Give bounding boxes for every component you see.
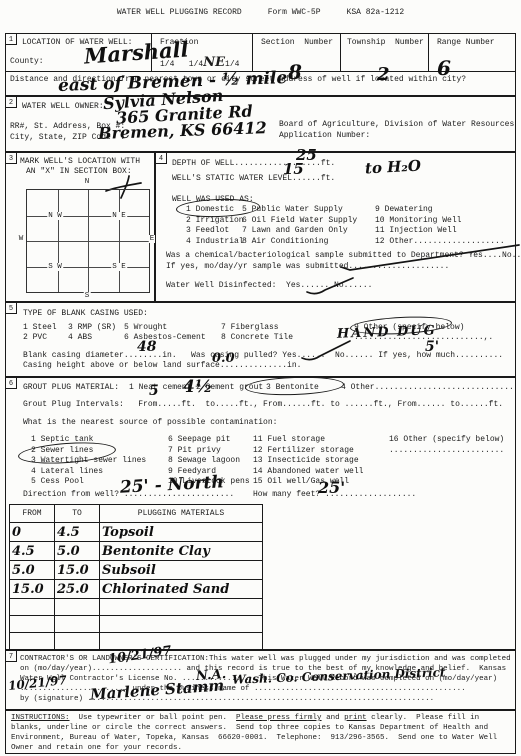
section-5-casing: 5 TYPE OF BLANK CASING USED: 1 Steel 3 R… <box>5 302 516 377</box>
casing-option: 8 Concrete Tile <box>221 333 293 343</box>
interval-from-value: 5 <box>149 384 159 398</box>
to-value: 5.0 <box>57 544 80 559</box>
board-of-agriculture-label: Board of Agriculture, Division of Water … <box>279 120 514 130</box>
fraction-post: 1/4 <box>225 60 239 69</box>
material-value: Subsoil <box>102 563 156 578</box>
well-use-option: 10 Monitoring Well <box>375 216 505 227</box>
to-value: 4.5 <box>57 525 80 540</box>
table-row: 5.0 15.0 Subsoil <box>10 561 263 580</box>
grid-line <box>27 216 149 217</box>
table-row: 4.5 5.0 Bentonite Clay <box>10 542 263 561</box>
well-use-column-3: 9 Dewatering 10 Monitoring Well 11 Injec… <box>375 205 505 247</box>
sample-date-line: If yes, mo/day/yr sample was submitted..… <box>166 262 449 272</box>
owner-label: WATER WELL OWNER: <box>22 102 104 112</box>
grout-option: 4 Other............................. <box>341 383 514 393</box>
compass-north-label: N <box>84 178 91 186</box>
section-2-number: 2 <box>5 96 17 108</box>
instructions-label: INSTRUCTIONS: <box>11 714 70 722</box>
to-header: TO <box>55 505 100 523</box>
section-5-number: 5 <box>5 302 17 314</box>
contamination-option: 4 Lateral lines <box>31 467 146 478</box>
to-value: 15.0 <box>57 563 89 578</box>
table-row <box>10 599 263 616</box>
well-use-column-2: 5 Public Water Supply 6 Oil Field Water … <box>242 205 357 247</box>
form-number: Form WWC-5P <box>268 8 321 18</box>
casing-option: 1 Steel <box>23 323 57 333</box>
well-use-option: 4 Industrial <box>186 237 244 248</box>
instructions-underlined: print <box>344 714 367 722</box>
casing-diameter-value: 48 <box>137 340 156 354</box>
contamination-option: 16 Other (specify below) <box>389 435 504 446</box>
from-value: 0 <box>12 525 21 540</box>
well-use-option: 7 Lawn and Garden Only <box>242 226 357 237</box>
form-title: WATER WELL PLUGGING RECORD <box>117 8 242 18</box>
table-row: 0 4.5 Topsoil <box>10 523 263 542</box>
grid-ne-label: N E <box>111 212 127 220</box>
contamination-option: 14 Abandoned water well <box>253 467 363 478</box>
section-5-title: TYPE OF BLANK CASING USED: <box>23 309 148 319</box>
grid-line <box>27 241 149 242</box>
contamination-option: 11 Fuel storage <box>253 435 363 446</box>
from-value: 4.5 <box>12 544 35 559</box>
section-grid: N W N E S W S E <box>26 189 150 293</box>
well-use-option: 6 Oil Field Water Supply <box>242 216 357 227</box>
casing-option: 2 PVC <box>23 333 47 343</box>
static-water-level-value: 15 <box>283 162 304 177</box>
grid-sw-label: S W <box>47 263 63 271</box>
county-value: Marshall <box>83 38 189 66</box>
township-label: Township Number <box>347 38 424 48</box>
materials-header: PLUGGING MATERIALS <box>100 505 263 523</box>
grid-line <box>27 267 149 268</box>
contamination-question: What is the nearest source of possible c… <box>23 418 277 428</box>
range-label: Range Number <box>437 38 495 48</box>
material-value: Bentonite Clay <box>102 544 210 559</box>
material-value: Chlorinated Sand <box>102 582 229 597</box>
feet-value: 25' <box>318 480 345 496</box>
table-row <box>10 616 263 633</box>
section-3-title-line1: MARK WELL'S LOCATION WITH <box>20 157 140 167</box>
casing-option: 7 Fiberglass <box>221 323 279 333</box>
interval-to-value: 4½ <box>183 379 213 396</box>
water-well-plugging-record-form: WATER WELL PLUGGING RECORD Form WWC-5P K… <box>0 0 521 756</box>
contamination-option: 12 Fertilizer storage <box>253 446 363 457</box>
from-value: 15.0 <box>12 582 44 597</box>
contamination-option: ........................ <box>389 446 504 457</box>
contamination-column-4: 16 Other (specify below) ...............… <box>389 435 504 456</box>
casing-option: 5 Wrought <box>124 323 167 333</box>
contamination-option: 13 Insecticide storage <box>253 456 363 467</box>
casing-height-line: Casing height above or below land surfac… <box>23 361 301 371</box>
section-7-number: 7 <box>5 650 17 662</box>
range-number-value: 6 <box>437 58 451 78</box>
statute-ref: KSA 82a-1212 <box>347 8 405 18</box>
well-use-option: 12 Other................... <box>375 237 505 248</box>
contamination-option: 6 Seepage pit <box>168 435 250 446</box>
casing-height-value: 0.0 <box>212 352 235 365</box>
instructions-underlined: Please press firmly <box>236 714 322 722</box>
contamination-column-3: 11 Fuel storage 12 Fertilizer storage 13… <box>253 435 363 488</box>
contamination-option: 7 Pit privy <box>168 446 250 457</box>
from-value: 5.0 <box>12 563 35 578</box>
material-value: Topsoil <box>102 525 154 540</box>
compass-south-label: S <box>84 292 91 300</box>
instructions-box: INSTRUCTIONS: Use typewriter or ball poi… <box>5 710 516 754</box>
plugging-table: FROM TO PLUGGING MATERIALS 0 4.5 Topsoil… <box>9 504 263 650</box>
sample-question: Was a chemical/bacteriological sample su… <box>166 251 521 261</box>
contamination-option: 15 Oil well/Gas well <box>253 477 363 488</box>
instructions-text: INSTRUCTIONS: Use typewriter or ball poi… <box>6 711 515 755</box>
section-number-value: 8 <box>288 62 302 82</box>
application-number-label: Application Number: <box>279 131 370 141</box>
casing-option: 3 RMP (SR) <box>68 323 116 333</box>
fraction-handwritten: NE <box>203 55 225 70</box>
section-3-title-line2: AN "X" IN SECTION BOX: <box>26 167 132 177</box>
county-label: County: <box>10 57 44 67</box>
disinfected-question: Water Well Disinfected: Yes...... No....… <box>166 281 372 291</box>
page-header: WATER WELL PLUGGING RECORD Form WWC-5P K… <box>0 8 521 18</box>
township-number-value: 2 <box>377 66 390 84</box>
section-3-location-grid: 3 MARK WELL'S LOCATION WITH AN "X" IN SE… <box>5 152 155 302</box>
static-water-level-note: to H₂O <box>365 159 422 177</box>
table-row <box>10 633 263 650</box>
section-1-number: 1 <box>5 33 17 45</box>
well-use-option: 11 Injection Well <box>375 226 505 237</box>
well-use-option: 3 Feedlot <box>186 226 244 237</box>
table-row: 15.0 25.0 Chlorinated Sand <box>10 580 263 599</box>
plugging-table-header-row: FROM TO PLUGGING MATERIALS <box>10 505 263 523</box>
grout-material-label: GROUT PLUG MATERIAL: <box>23 383 119 393</box>
grout-intervals-line: Grout Plug Intervals: From.....ft. to...… <box>23 400 503 410</box>
certification-line-1: CONTRACTOR'S OR LANDOWNER'S CERTIFICATIO… <box>20 654 511 664</box>
from-header: FROM <box>10 505 55 523</box>
casing-pulled-amount-value: 5' <box>425 340 439 354</box>
section-number-label: Section Number <box>261 38 333 48</box>
casing-option: 4 ABS <box>68 333 92 343</box>
certification-line-5: by (signature) .........................… <box>20 694 434 704</box>
instructions-part: Use typewriter or ball point pen. <box>70 714 237 722</box>
grid-se-label: S E <box>111 263 127 271</box>
section-6-number: 6 <box>5 377 17 389</box>
contamination-option: 8 Sewage lagoon <box>168 456 250 467</box>
well-use-option: 9 Dewatering <box>375 205 505 216</box>
section-3-number: 3 <box>5 152 17 164</box>
well-use-option: 8 Air Conditioning <box>242 237 357 248</box>
static-water-level-line: WELL'S STATIC WATER LEVEL......ft. <box>172 174 335 184</box>
to-value: 25.0 <box>57 582 89 597</box>
grid-nw-label: N W <box>47 212 63 220</box>
instructions-part: and <box>322 714 345 722</box>
section-4-number: 4 <box>155 152 167 164</box>
section-6-grout: 6 GROUT PLUG MATERIAL: 1 Neat cement 2 C… <box>5 377 516 650</box>
section-4-depth-use: 4 DEPTH OF WELL..................ft. WEL… <box>155 152 516 302</box>
compass-west-label: W <box>18 235 25 243</box>
